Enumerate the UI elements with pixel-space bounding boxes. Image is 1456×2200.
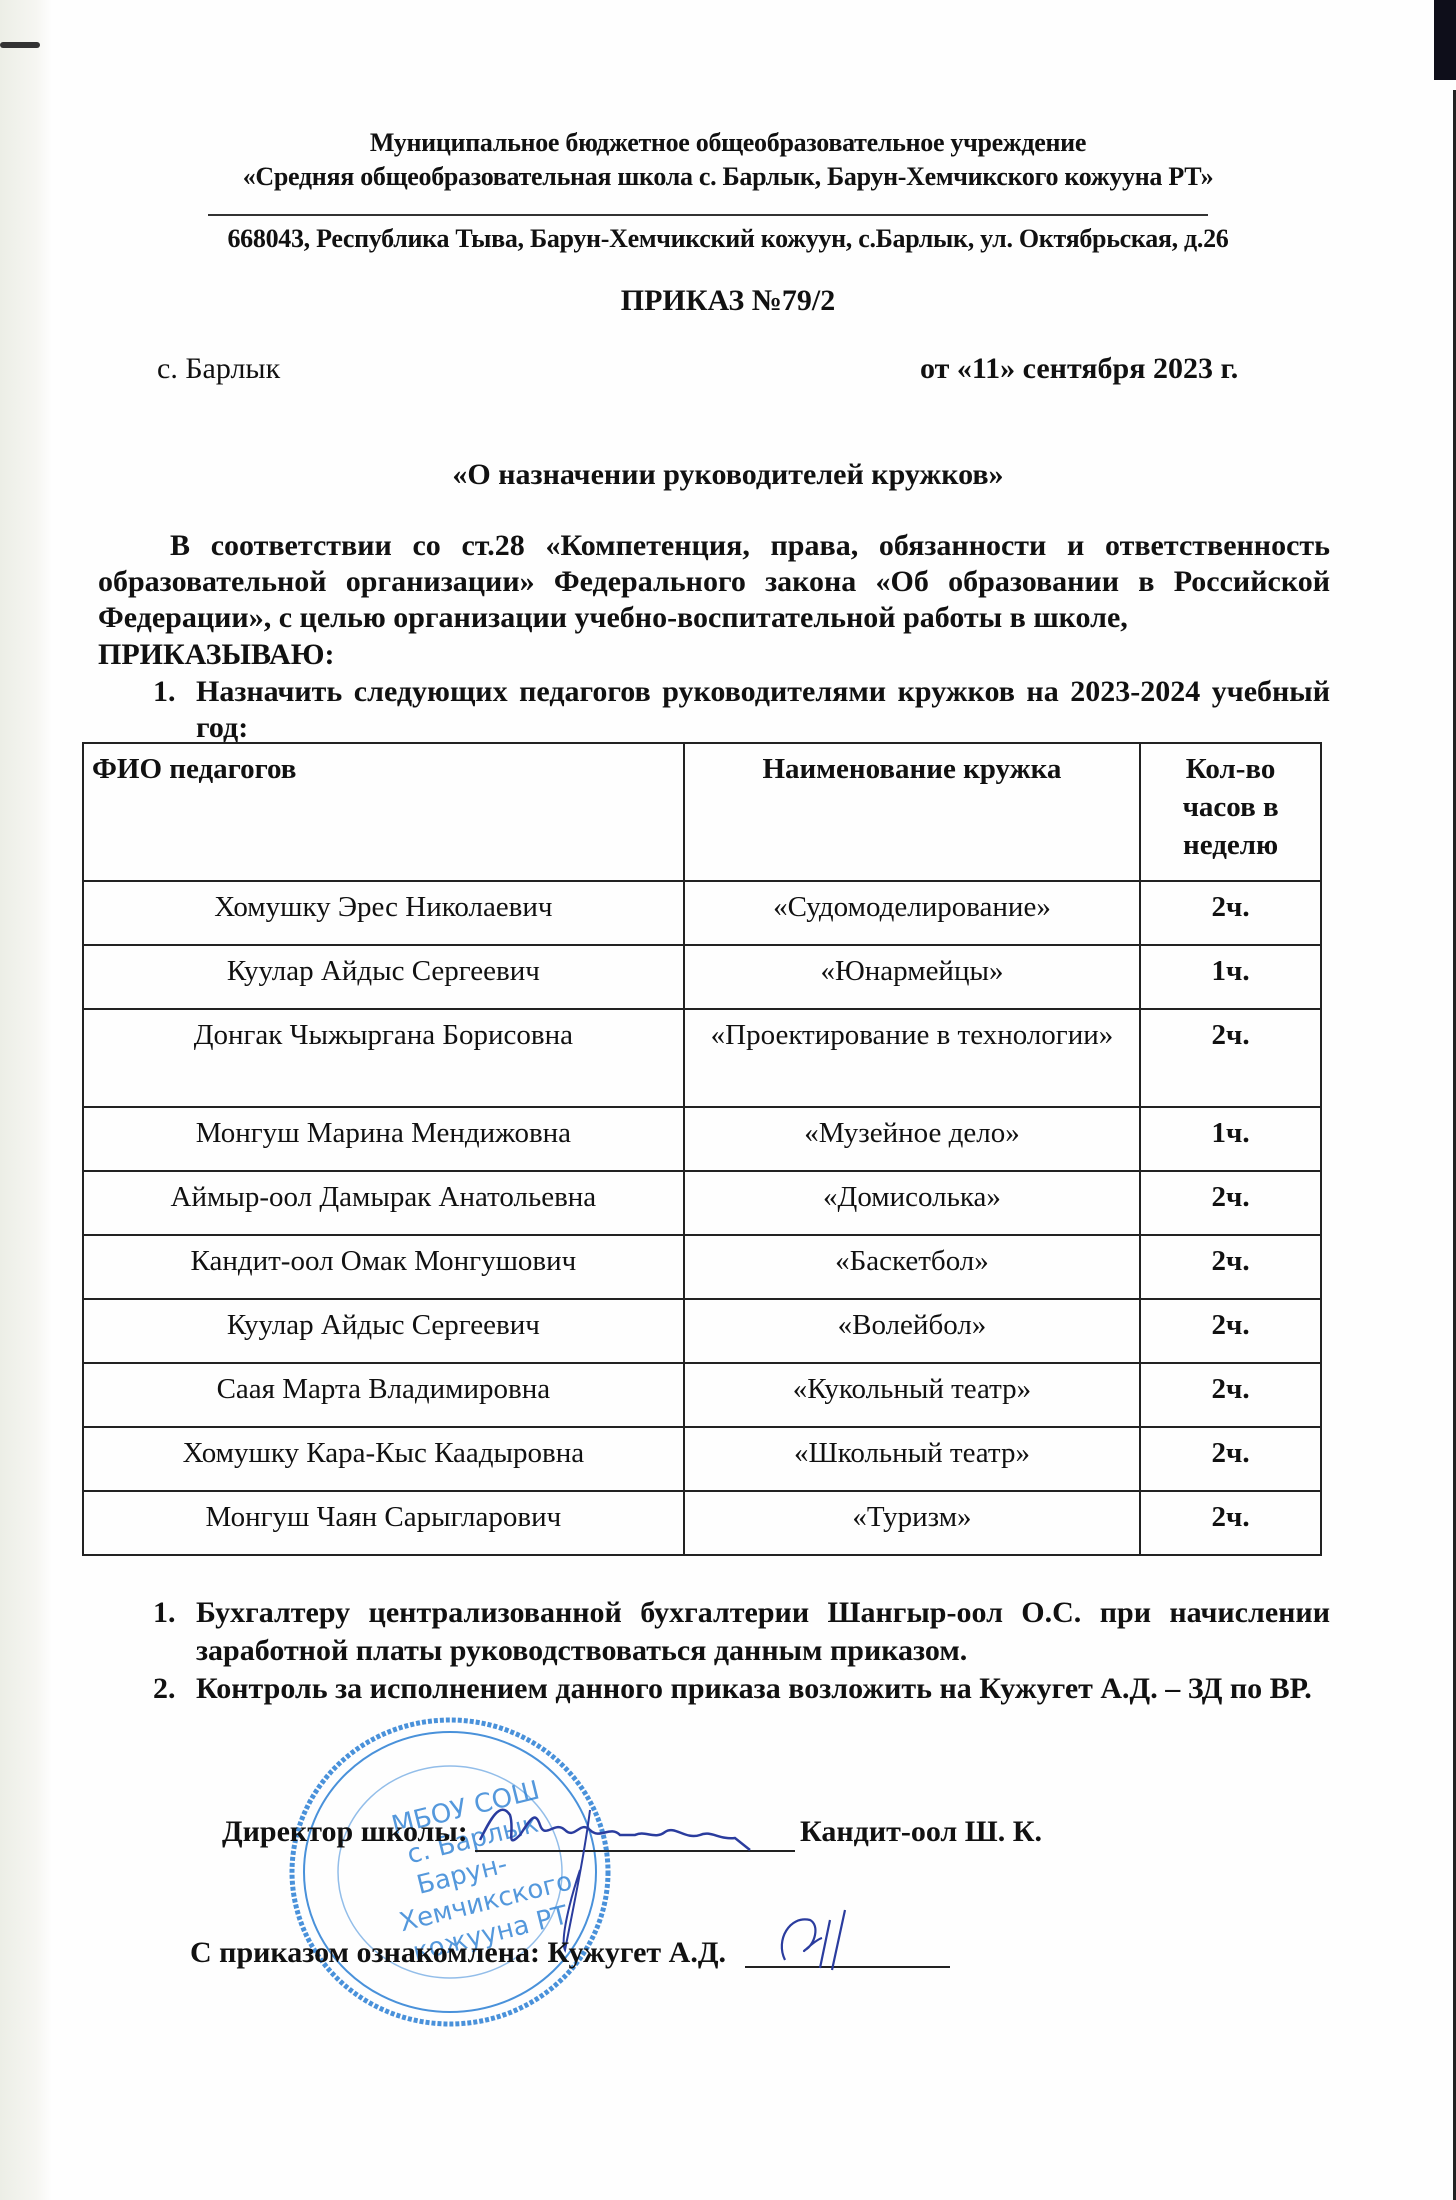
clubs-table: ФИО педагогов Наименование кружка Кол-во… xyxy=(82,742,1322,1556)
cell-teacher: Монгуш Чаян Сарыгларович xyxy=(83,1491,684,1555)
cell-teacher: Хомушку Эрес Николаевич xyxy=(83,881,684,945)
handwritten-signature-icon xyxy=(460,1780,800,1960)
institution-line-1: Муниципальное бюджетное общеобразователь… xyxy=(0,128,1456,158)
acknowledgment-label: С приказом ознакомлена: Кужугет А.Д. xyxy=(190,1936,726,1970)
item-text: Контроль за исполнением данного приказа … xyxy=(196,1672,1312,1705)
scan-edge-left xyxy=(0,0,52,2200)
header-hours: Кол-во часов в неделю xyxy=(1140,743,1321,881)
order-item: 2. Контроль за исполнением данного прика… xyxy=(98,1670,1330,1708)
cell-club: «Школьный театр» xyxy=(684,1427,1140,1491)
cell-teacher: Кандит-оол Омак Монгушович xyxy=(83,1235,684,1299)
handwritten-initials-icon xyxy=(760,1900,880,1980)
scan-edge-right-corner xyxy=(1434,0,1456,80)
institution-line-2: «Средняя общеобразовательная школа с. Ба… xyxy=(0,162,1456,192)
header-club: Наименование кружка xyxy=(684,743,1140,881)
order-subject: «О назначении руководителей кружков» xyxy=(0,458,1456,492)
cell-club: «Кукольный театр» xyxy=(684,1363,1140,1427)
cell-teacher: Куулар Айдыс Сергеевич xyxy=(83,945,684,1009)
cell-hours: 2ч. xyxy=(1140,1427,1321,1491)
table-row: Донгак Чыжыргана Борисовна «Проектирован… xyxy=(83,1009,1321,1107)
table-row: Аймыр-оол Дамырак Анатольевна «Домисольк… xyxy=(83,1171,1321,1235)
item-text: Бухгалтеру централизованной бухгалтерии … xyxy=(196,1596,1330,1667)
cell-club: «Баскетбол» xyxy=(684,1235,1140,1299)
cell-club: «Волейбол» xyxy=(684,1299,1140,1363)
cell-club: «Проектирование в технологии» xyxy=(684,1009,1140,1107)
order-date: от «11» сентября 2023 г. xyxy=(920,352,1238,386)
cell-teacher: Саая Марта Владимировна xyxy=(83,1363,684,1427)
item-number: 1. xyxy=(153,1594,176,1632)
acknowledgment-signature xyxy=(760,1900,880,1985)
table-row: Куулар Айдыс Сергеевич «Волейбол» 2ч. xyxy=(83,1299,1321,1363)
table-row: Саая Марта Владимировна «Кукольный театр… xyxy=(83,1363,1321,1427)
item-number: 1. xyxy=(153,674,176,710)
cell-teacher: Донгак Чыжыргана Борисовна xyxy=(83,1009,684,1107)
table-row: Хомушку Кара-Кыс Каадыровна «Школьный те… xyxy=(83,1427,1321,1491)
cell-hours: 2ч. xyxy=(1140,1491,1321,1555)
cell-teacher: Аймыр-оол Дамырак Анатольевна xyxy=(83,1171,684,1235)
scan-mark xyxy=(0,42,40,48)
institution-address: 668043, Республика Тыва, Барун-Хемчикски… xyxy=(0,224,1456,254)
cell-hours: 2ч. xyxy=(1140,1235,1321,1299)
order-place: с. Барлык xyxy=(157,352,280,386)
director-label: Директор школы: xyxy=(222,1815,468,1849)
cell-club: «Туризм» xyxy=(684,1491,1140,1555)
header-teacher: ФИО педагогов xyxy=(83,743,684,881)
cell-teacher: Хомушку Кара-Кыс Каадыровна xyxy=(83,1427,684,1491)
order-item: 1. Назначить следующих педагогов руковод… xyxy=(98,674,1330,746)
cell-hours: 2ч. xyxy=(1140,881,1321,945)
cell-hours: 2ч. xyxy=(1140,1299,1321,1363)
cell-club: «Судомоделирование» xyxy=(684,881,1140,945)
item-text: Назначить следующих педагогов руководите… xyxy=(196,675,1330,744)
table-row: Монгуш Чаян Сарыгларович «Туризм» 2ч. xyxy=(83,1491,1321,1555)
cell-hours: 1ч. xyxy=(1140,945,1321,1009)
header-divider xyxy=(208,214,1208,216)
preamble-paragraph: В соответствии со ст.28 «Компетенция, пр… xyxy=(98,528,1330,636)
table-header-row: ФИО педагогов Наименование кружка Кол-во… xyxy=(83,743,1321,881)
orders-heading: ПРИКАЗЫВАЮ: xyxy=(98,638,335,672)
item-number: 2. xyxy=(153,1670,176,1708)
cell-teacher: Монгуш Марина Мендижовна xyxy=(83,1107,684,1171)
cell-hours: 2ч. xyxy=(1140,1363,1321,1427)
cell-hours: 2ч. xyxy=(1140,1171,1321,1235)
cell-club: «Домисолька» xyxy=(684,1171,1140,1235)
director-name: Кандит-оол Ш. К. xyxy=(800,1815,1042,1849)
cell-hours: 1ч. xyxy=(1140,1107,1321,1171)
order-list-2: 1. Бухгалтеру централизованной бухгалтер… xyxy=(98,1594,1330,1708)
order-item: 1. Бухгалтеру централизованной бухгалтер… xyxy=(98,1594,1330,1670)
cell-hours: 2ч. xyxy=(1140,1009,1321,1107)
table-row: Монгуш Марина Мендижовна «Музейное дело»… xyxy=(83,1107,1321,1171)
cell-club: «Юнармейцы» xyxy=(684,945,1140,1009)
table-row: Хомушку Эрес Николаевич «Судомоделирован… xyxy=(83,881,1321,945)
table-row: Куулар Айдыс Сергеевич «Юнармейцы» 1ч. xyxy=(83,945,1321,1009)
table-row: Кандит-оол Омак Монгушович «Баскетбол» 2… xyxy=(83,1235,1321,1299)
cell-club: «Музейное дело» xyxy=(684,1107,1140,1171)
order-list-1: 1. Назначить следующих педагогов руковод… xyxy=(98,674,1330,746)
order-title: ПРИКАЗ №79/2 xyxy=(0,284,1456,318)
cell-teacher: Куулар Айдыс Сергеевич xyxy=(83,1299,684,1363)
